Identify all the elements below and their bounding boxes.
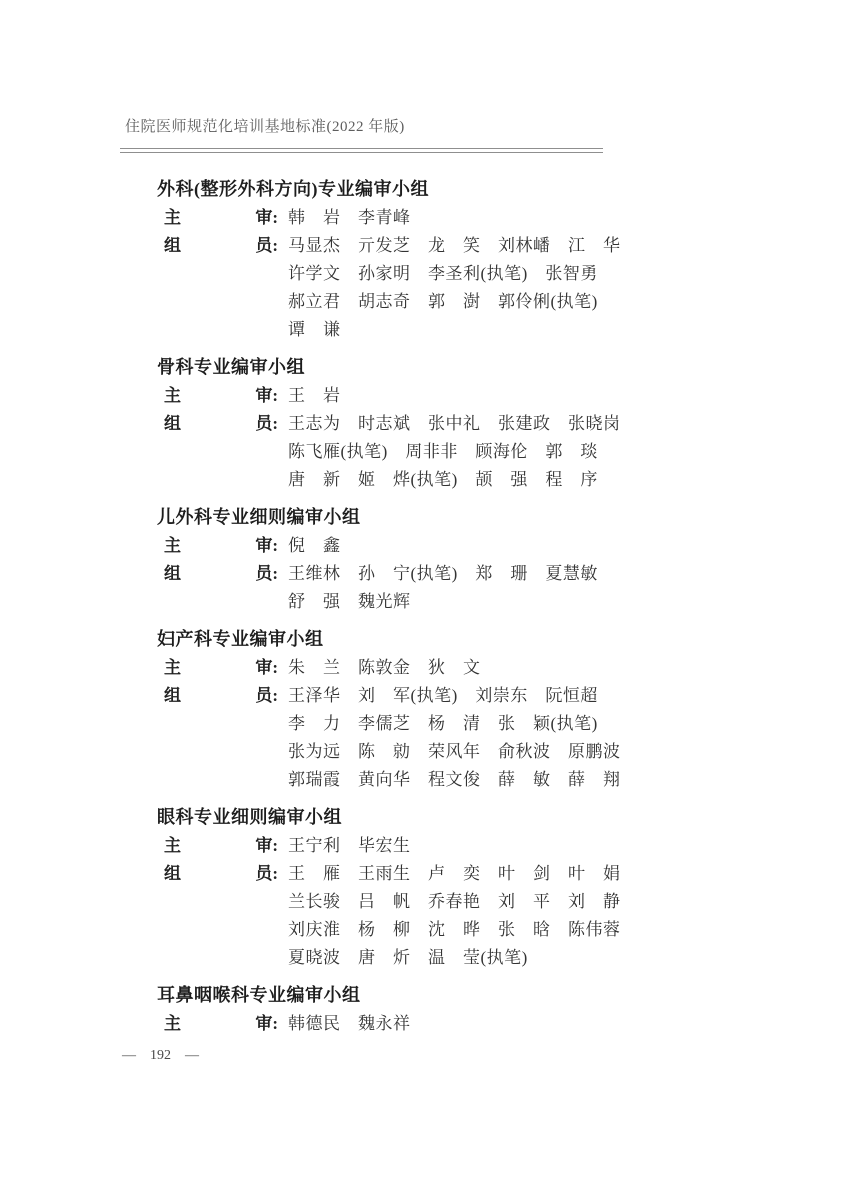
- section-pediatric-surgery: 儿外科专业细则编审小组 主审: 倪 鑫 组员: 王维林 孙 宁(执笔) 郑 珊 …: [164, 503, 684, 616]
- member-names: 谭 谦: [288, 316, 341, 344]
- member-names: 李 力 李儒芝 杨 清 张 颖(执笔): [288, 710, 598, 738]
- member-row: 组员: 王泽华 刘 军(执笔) 刘崇东 阮恒超: [164, 682, 684, 710]
- chief-label: 主审:: [164, 654, 278, 682]
- chief-names: 韩德民 魏永祥: [288, 1010, 411, 1038]
- section-title: 儿外科专业细则编审小组: [157, 503, 684, 532]
- member-names: 许学文 孙家明 李圣利(执笔) 张智勇: [288, 260, 598, 288]
- member-names: 刘庆淮 杨 柳 沈 晔 张 晗 陈伟蓉: [288, 916, 621, 944]
- chief-label: 主审:: [164, 832, 278, 860]
- member-label-b: 员:: [255, 860, 278, 888]
- member-names: 郭瑞霞 黄向华 程文俊 薛 敏 薛 翔: [288, 766, 621, 794]
- member-label-a: 组: [164, 410, 181, 438]
- footer-page-number: — 192 —: [122, 1046, 849, 1066]
- member-row: 兰长骏 吕 帆 乔春艳 刘 平 刘 静: [164, 888, 684, 916]
- member-label-a: 组: [164, 232, 181, 260]
- member-row: 郝立君 胡志奇 郭 澍 郭伶俐(执笔): [164, 288, 684, 316]
- member-row: 许学文 孙家明 李圣利(执笔) 张智勇: [164, 260, 684, 288]
- chief-row: 主审: 朱 兰 陈敦金 狄 文: [164, 654, 684, 682]
- page-content: 住院医师规范化培训基地标准(2022 年版) 外科(整形外科方向)专业编审小组 …: [0, 0, 849, 1066]
- chief-label-b: 审:: [255, 654, 278, 682]
- member-names: 王志为 时志斌 张中礼 张建政 张晓岗: [288, 410, 621, 438]
- section-title: 外科(整形外科方向)专业编审小组: [157, 175, 684, 204]
- member-names: 王维林 孙 宁(执笔) 郑 珊 夏慧敏: [288, 560, 598, 588]
- chief-label-b: 审:: [255, 382, 278, 410]
- chief-label-a: 主: [164, 382, 181, 410]
- section-otorhinolaryngology: 耳鼻咽喉科专业编审小组 主审: 韩德民 魏永祥: [164, 981, 684, 1038]
- chief-row: 主审: 王宁利 毕宏生: [164, 832, 684, 860]
- member-row: 陈飞雁(执笔) 周非非 顾海伦 郭 琰: [164, 438, 684, 466]
- member-row: 组员: 王 雁 王雨生 卢 奕 叶 剑 叶 娟: [164, 860, 684, 888]
- member-row: 谭 谦: [164, 316, 684, 344]
- member-names: 王泽华 刘 军(执笔) 刘崇东 阮恒超: [288, 682, 598, 710]
- member-label-b: 员:: [255, 410, 278, 438]
- member-names: 陈飞雁(执笔) 周非非 顾海伦 郭 琰: [288, 438, 598, 466]
- member-row: 张为远 陈 勍 荣风年 俞秋波 原鹏波: [164, 738, 684, 766]
- sections-container: 外科(整形外科方向)专业编审小组 主审: 韩 岩 李青峰 组员: 马显杰 亓发芝…: [164, 175, 684, 1038]
- chief-names: 朱 兰 陈敦金 狄 文: [288, 654, 481, 682]
- chief-row: 主审: 韩 岩 李青峰: [164, 204, 684, 232]
- member-label: 组员:: [164, 410, 278, 438]
- member-label-b: 员:: [255, 682, 278, 710]
- member-label-a: 组: [164, 560, 181, 588]
- chief-label-b: 审:: [255, 1010, 278, 1038]
- member-label: 组员:: [164, 560, 278, 588]
- member-row: 组员: 王志为 时志斌 张中礼 张建政 张晓岗: [164, 410, 684, 438]
- chief-label-b: 审:: [255, 832, 278, 860]
- chief-row: 主审: 韩德民 魏永祥: [164, 1010, 684, 1038]
- section-plastic-surgery: 外科(整形外科方向)专业编审小组 主审: 韩 岩 李青峰 组员: 马显杰 亓发芝…: [164, 175, 684, 344]
- chief-label-a: 主: [164, 532, 181, 560]
- member-label: 组员:: [164, 682, 278, 710]
- chief-label: 主审:: [164, 204, 278, 232]
- member-row: 李 力 李儒芝 杨 清 张 颖(执笔): [164, 710, 684, 738]
- chief-names: 王 岩: [288, 382, 341, 410]
- section-title: 骨科专业编审小组: [157, 353, 684, 382]
- chief-label-a: 主: [164, 1010, 181, 1038]
- member-names: 马显杰 亓发芝 龙 笑 刘林嶓 江 华: [288, 232, 621, 260]
- section-obstetrics-gynecology: 妇产科专业编审小组 主审: 朱 兰 陈敦金 狄 文 组员: 王泽华 刘 军(执笔…: [164, 625, 684, 794]
- section-title: 眼科专业细则编审小组: [157, 803, 684, 832]
- member-names: 王 雁 王雨生 卢 奕 叶 剑 叶 娟: [288, 860, 621, 888]
- header-double-rule: [120, 148, 603, 153]
- chief-names: 王宁利 毕宏生: [288, 832, 411, 860]
- chief-label-b: 审:: [255, 204, 278, 232]
- section-title: 耳鼻咽喉科专业编审小组: [157, 981, 684, 1010]
- chief-label: 主审:: [164, 382, 278, 410]
- section-orthopedics: 骨科专业编审小组 主审: 王 岩 组员: 王志为 时志斌 张中礼 张建政 张晓岗…: [164, 353, 684, 494]
- chief-label-b: 审:: [255, 532, 278, 560]
- member-names: 唐 新 姬 烨(执笔) 颉 强 程 序: [288, 466, 598, 494]
- member-names: 兰长骏 吕 帆 乔春艳 刘 平 刘 静: [288, 888, 621, 916]
- member-label-b: 员:: [255, 560, 278, 588]
- chief-label-a: 主: [164, 832, 181, 860]
- chief-names: 韩 岩 李青峰: [288, 204, 411, 232]
- chief-label: 主审:: [164, 1010, 278, 1038]
- member-label-a: 组: [164, 860, 181, 888]
- chief-row: 主审: 王 岩: [164, 382, 684, 410]
- member-label: 组员:: [164, 860, 278, 888]
- member-row: 夏晓波 唐 炘 温 莹(执笔): [164, 944, 684, 972]
- member-names: 郝立君 胡志奇 郭 澍 郭伶俐(执笔): [288, 288, 598, 316]
- section-ophthalmology: 眼科专业细则编审小组 主审: 王宁利 毕宏生 组员: 王 雁 王雨生 卢 奕 叶…: [164, 803, 684, 972]
- chief-row: 主审: 倪 鑫: [164, 532, 684, 560]
- member-names: 舒 强 魏光辉: [288, 588, 411, 616]
- section-title: 妇产科专业编审小组: [157, 625, 684, 654]
- chief-label-a: 主: [164, 204, 181, 232]
- running-header: 住院医师规范化培训基地标准(2022 年版): [125, 116, 849, 138]
- member-row: 郭瑞霞 黄向华 程文俊 薛 敏 薛 翔: [164, 766, 684, 794]
- member-row: 组员: 王维林 孙 宁(执笔) 郑 珊 夏慧敏: [164, 560, 684, 588]
- member-names: 夏晓波 唐 炘 温 莹(执笔): [288, 944, 528, 972]
- member-row: 唐 新 姬 烨(执笔) 颉 强 程 序: [164, 466, 684, 494]
- chief-label: 主审:: [164, 532, 278, 560]
- member-label: 组员:: [164, 232, 278, 260]
- chief-names: 倪 鑫: [288, 532, 341, 560]
- chief-label-a: 主: [164, 654, 181, 682]
- member-row: 舒 强 魏光辉: [164, 588, 684, 616]
- member-names: 张为远 陈 勍 荣风年 俞秋波 原鹏波: [288, 738, 621, 766]
- member-row: 刘庆淮 杨 柳 沈 晔 张 晗 陈伟蓉: [164, 916, 684, 944]
- document-page: 住院医师规范化培训基地标准(2022 年版) 外科(整形外科方向)专业编审小组 …: [0, 0, 849, 1200]
- member-label-a: 组: [164, 682, 181, 710]
- member-label-b: 员:: [255, 232, 278, 260]
- member-row: 组员: 马显杰 亓发芝 龙 笑 刘林嶓 江 华: [164, 232, 684, 260]
